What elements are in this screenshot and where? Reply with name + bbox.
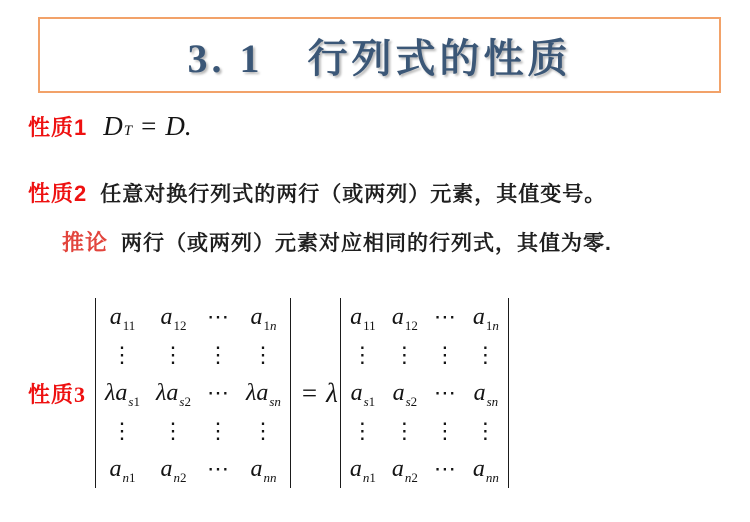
matrix-cell: an1 <box>350 457 376 481</box>
matrix-cell: a12 <box>392 305 418 329</box>
matrix-cell: ⋮ <box>393 420 416 442</box>
formula-lhs: D <box>103 111 123 142</box>
matrix-cell: a1n <box>473 305 499 329</box>
matrix-cell: a11 <box>110 305 136 329</box>
property2-line: 性质2 任意对换行列式的两行（或两列）元素，其值变号。 <box>28 177 606 208</box>
property1-label: 性质1 <box>28 111 87 142</box>
matrix-cell: ⋯ <box>207 306 230 328</box>
matrix-cell: as2 <box>393 381 418 405</box>
equals-sign: = <box>302 378 317 409</box>
formula-rhs: D. <box>165 111 191 142</box>
matrix-left: a11a12⋯a1n⋮⋮⋮⋮λas1λas2⋯λasn⋮⋮⋮⋮an1an2⋯an… <box>105 298 281 488</box>
formula-lhs-superscript: T <box>124 123 132 140</box>
property1-line: 性质1 DT=D. <box>28 111 192 142</box>
formula-equals-sign: = <box>141 111 156 142</box>
corollary-text: 两行（或两列）元素对应相同的行列式，其值为零. <box>121 227 612 257</box>
matrix-cell: λas1 <box>105 381 140 405</box>
matrix-cell: ⋮ <box>207 344 230 366</box>
title-box: 3. 1 行列式的性质 <box>38 17 721 93</box>
matrix-cell: λas2 <box>156 381 191 405</box>
matrix-cell: ⋯ <box>207 458 230 480</box>
matrix-cell: ⋮ <box>162 420 185 442</box>
matrix-cell: ann <box>250 457 276 481</box>
slide-title: 3. 1 行列式的性质 <box>188 27 572 84</box>
matrix-cell: an2 <box>160 457 186 481</box>
matrix-cell: ⋮ <box>393 344 416 366</box>
matrix-cell: ⋯ <box>207 382 230 404</box>
matrix-cell: ⋮ <box>111 420 134 442</box>
matrix-cell: an1 <box>110 457 136 481</box>
corollary-line: 推论 两行（或两列）元素对应相同的行列式，其值为零. <box>62 226 612 257</box>
matrix-cell: ⋮ <box>434 420 457 442</box>
matrix-cell: ⋮ <box>474 420 497 442</box>
determinant-right: a11a12⋯a1n⋮⋮⋮⋮as1as2⋯asn⋮⋮⋮⋮an1an2⋯ann <box>340 298 509 488</box>
matrix-cell: ⋮ <box>434 344 457 366</box>
matrix-cell: ⋮ <box>207 420 230 442</box>
matrix-cell: a11 <box>350 305 376 329</box>
matrix-cell: ⋮ <box>474 344 497 366</box>
matrix-cell: ⋯ <box>434 382 457 404</box>
matrix-right: a11a12⋯a1n⋮⋮⋮⋮as1as2⋯asn⋮⋮⋮⋮an1an2⋯ann <box>350 298 499 488</box>
matrix-cell: a12 <box>160 305 186 329</box>
property2-label: 性质2 <box>28 177 87 208</box>
matrix-cell: an2 <box>392 457 418 481</box>
property2-text: 任意对换行列式的两行（或两列）元素，其值变号。 <box>100 178 606 208</box>
matrix-cell: ⋯ <box>434 458 457 480</box>
matrix-cell: ⋮ <box>252 344 275 366</box>
matrix-cell: a1n <box>250 305 276 329</box>
corollary-label: 推论 <box>62 226 108 257</box>
property1-formula: DT=D. <box>103 111 191 142</box>
lambda-factor: λ <box>326 378 338 409</box>
matrix-cell: ⋮ <box>111 344 134 366</box>
matrix-cell: asn <box>474 381 499 405</box>
matrix-cell: ⋮ <box>252 420 275 442</box>
property3-equation: 性质3 a11a12⋯a1n⋮⋮⋮⋮λas1λas2⋯λasn⋮⋮⋮⋮an1an… <box>28 298 509 488</box>
equals-lambda-group: =λ <box>293 378 338 409</box>
matrix-cell: λasn <box>246 381 281 405</box>
determinant-left: a11a12⋯a1n⋮⋮⋮⋮λas1λas2⋯λasn⋮⋮⋮⋮an1an2⋯an… <box>95 298 291 488</box>
matrix-cell: ⋮ <box>351 344 374 366</box>
matrix-cell: ⋯ <box>434 306 457 328</box>
matrix-cell: ann <box>473 457 499 481</box>
slide-canvas: 3. 1 行列式的性质 性质1 DT=D. 性质2 任意对换行列式的两行（或两列… <box>0 0 750 522</box>
property3-label: 性质3 <box>28 378 86 409</box>
matrix-cell: ⋮ <box>351 420 374 442</box>
matrix-cell: as1 <box>351 381 376 405</box>
matrix-cell: ⋮ <box>162 344 185 366</box>
